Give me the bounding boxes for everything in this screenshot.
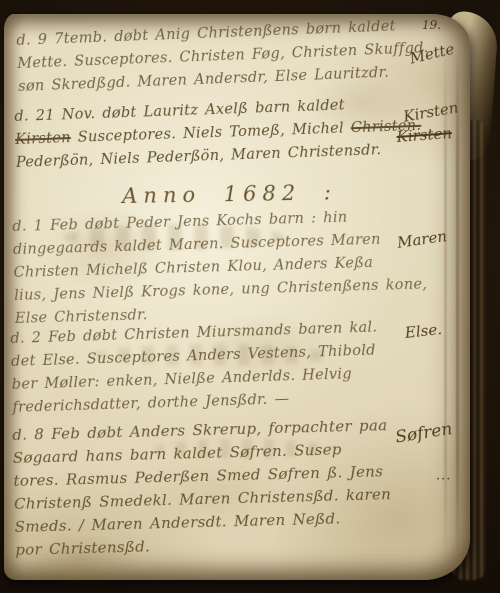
register-entry: d. 9 7temb. døbt Anig Christenßens børn … <box>16 14 430 99</box>
year-heading: Anno 1682 : <box>122 180 337 208</box>
register-entry: d. 2 Feb døbt Christen Miursmands baren … <box>10 316 380 419</box>
margin-note-name: Else. <box>404 320 443 342</box>
register-entry: d. 21 Nov. døbt Lauritz Axelß barn kalde… <box>14 92 422 175</box>
register-entry: d. 1 Feb døbt Peder Jens Kochs barn : hi… <box>12 204 428 330</box>
margin-note-struck: Kirsten <box>396 124 453 146</box>
register-page: 19. d. 9 7temb. døbt Anig Christenßens b… <box>4 14 470 580</box>
margin-dots: ··· <box>436 472 451 487</box>
manuscript-photo: 19. d. 9 7temb. døbt Anig Christenßens b… <box>0 0 500 593</box>
struck-name: Kirsten <box>15 130 71 148</box>
register-entry: d. 8 Feb døbt Anders Skrerup, forpachter… <box>12 414 393 562</box>
page-crease <box>456 44 459 564</box>
